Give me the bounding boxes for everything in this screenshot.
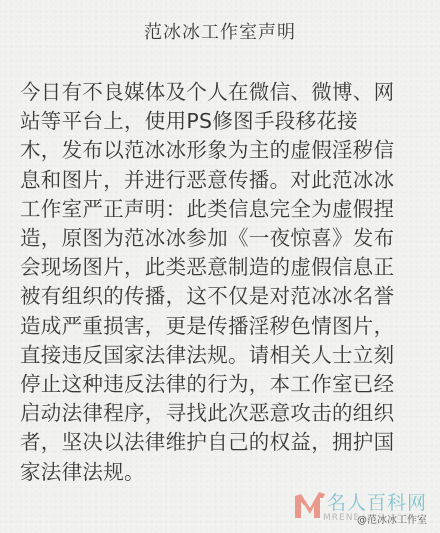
site-watermark: 名人百科网 MRENBAIKE.COM @范冰冰工作室 (293, 488, 440, 528)
body-line: 者，坚决以法律维护自己的权益，拥护国 (20, 428, 425, 457)
m-logo-icon (293, 490, 327, 520)
body-line: 会现场图片，此类恶意制造的虚假信息正 (20, 253, 425, 282)
body-line: 木，发布以范冰冰形象为主的虚假淫秽信 (20, 136, 425, 165)
body-line: 启动法律程序，寻找此次恶意攻击的组织 (20, 399, 425, 428)
body-line: 今日有不良媒体及个人在微信、微博、网 (20, 78, 425, 107)
body-line: 造，原图为范冰冰参加《一夜惊喜》发布 (20, 224, 425, 253)
weibo-handle: @范冰冰工作室 (357, 511, 427, 526)
body-line: 家法律法规。 (20, 458, 425, 487)
body-line: 工作室严正声明：此类信息完全为虚假捏 (20, 195, 425, 224)
body-line: 被有组织的传播，这不仅是对范冰冰名誉 (20, 282, 425, 311)
body-line: 停止这种违反法律的行为，本工作室已经 (20, 370, 425, 399)
body-line: 站等平台上，使用PS修图手段移花接 (20, 107, 425, 136)
body-line: 直接违反国家法律法规。请相关人士立刻 (20, 341, 425, 370)
body-line: 息和图片，并进行恶意传播。对此范冰冰 (20, 166, 425, 195)
document-title: 范冰冰工作室声明 (0, 18, 440, 44)
statement-body: 今日有不良媒体及个人在微信、微博、网 站等平台上，使用PS修图手段移花接 木，发… (20, 78, 425, 487)
body-line: 造成严重损害，更是传播淫秽色情图片， (20, 312, 425, 341)
